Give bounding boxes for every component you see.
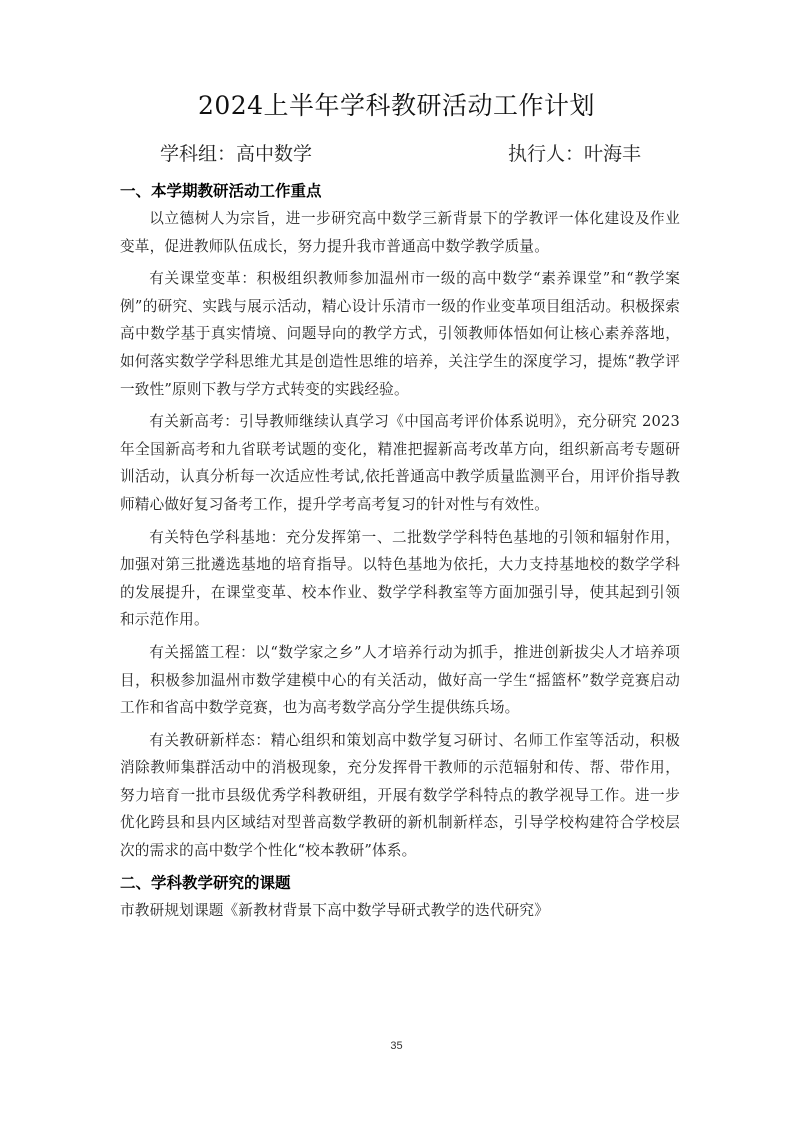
document-body: 一、本学期教研活动工作重点 以立德树人为宗旨，进一步研究高中数学三新背景下的学教… xyxy=(120,178,680,929)
subject-group: 学科组：高中数学 xyxy=(160,139,312,166)
paragraph-new-gaokao: 有关新高考：引导教师继续认真学习《中国高考评价体系说明》，充分研究 2023年全… xyxy=(120,408,680,518)
paragraph-research-topic: 市教研规划课题《新教材背景下高中数学导研式教学的迭代研究》 xyxy=(120,897,680,925)
paragraph-feature-base: 有关特色学科基地：充分发挥第一、二批数学学科特色基地的引领和辐射作用，加强对第三… xyxy=(120,524,680,634)
paragraph-cradle-project: 有关摇篮工程：以“数学家之乡”人才培养行动为抓手，推进创新拔尖人才培养项目，积极… xyxy=(120,639,680,722)
section-heading-1: 一、本学期教研活动工作重点 xyxy=(120,178,680,205)
paragraph-purpose: 以立德树人为宗旨，进一步研究高中数学三新背景下的学教评一体化建设及作业变革，促进… xyxy=(120,205,680,260)
page-number: 35 xyxy=(0,1040,793,1052)
paragraph-classroom-reform: 有关课堂变革：积极组织教师参加温州市一级的高中数学“素养课堂”和“教学案例”的研… xyxy=(120,265,680,403)
executor: 执行人：叶海丰 xyxy=(508,139,641,166)
document-page: 2024上半年学科教研活动工作计划 学科组：高中数学 执行人：叶海丰 一、本学期… xyxy=(0,0,793,1122)
paragraph-new-research-model: 有关教研新样态：精心组织和策划高中数学复习研讨、名师工作室等活动，积极消除教师集… xyxy=(120,727,680,865)
section-heading-2: 二、学科教学研究的课题 xyxy=(120,870,680,897)
document-title: 2024上半年学科教研活动工作计划 xyxy=(0,86,793,122)
